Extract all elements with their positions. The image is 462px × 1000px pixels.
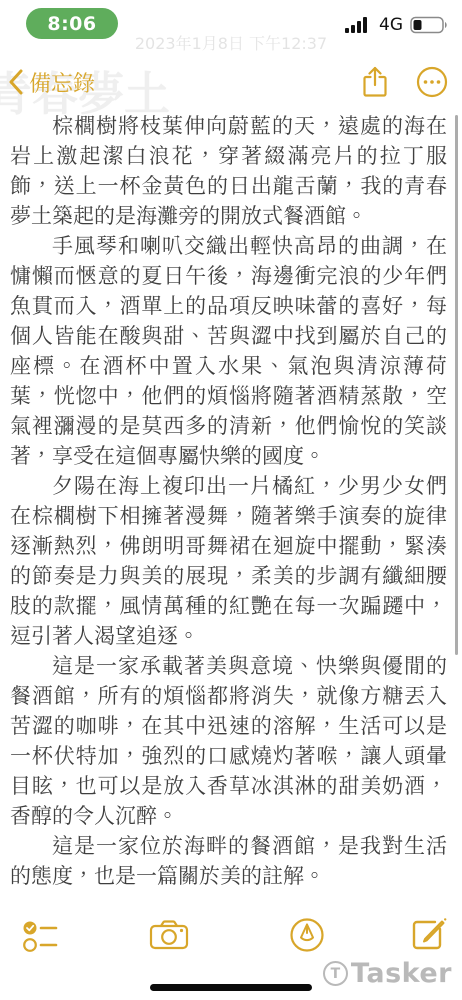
bottom-toolbar [0, 908, 462, 964]
compose-icon [410, 916, 448, 954]
note-paragraph: 棕櫚樹將枝葉伸向蔚藍的天，遠處的海在岩上激起潔白浪花，穿著綴滿亮片的拉丁服飾，送… [10, 111, 447, 231]
back-chevron-icon [8, 69, 23, 95]
notes-app-screen: 2023年1月8日 下午12:37 青春夢土 8:06 4G [0, 0, 462, 1000]
checklist-button[interactable] [22, 918, 62, 954]
checklist-icon [22, 918, 62, 954]
note-body-text[interactable]: 棕櫚樹將枝葉伸向蔚藍的天，遠處的海在岩上激起潔白浪花，穿著綴滿亮片的拉丁服飾，送… [10, 111, 447, 891]
watermark-logo-icon: T [323, 961, 348, 986]
watermark-brand: Tasker [351, 958, 452, 989]
more-options-button[interactable] [416, 66, 448, 98]
markup-button[interactable] [288, 916, 326, 954]
network-type-label: 4G [379, 15, 403, 35]
compose-button[interactable] [410, 916, 448, 954]
battery-low-icon [410, 15, 450, 35]
camera-button[interactable] [148, 918, 190, 952]
status-time-pill[interactable]: 8:06 [26, 8, 118, 39]
home-indicator[interactable] [150, 984, 312, 991]
scrollbar-thumb[interactable] [455, 115, 458, 655]
markup-pen-icon [288, 916, 326, 954]
note-paragraph: 夕陽在海上複印出一片橘紅，少男少女們在棕櫚樹下相擁著漫舞，隨著樂手演奏的旋律逐漸… [10, 471, 447, 651]
back-button-label: 備忘錄 [29, 67, 95, 98]
nav-bar: 備忘錄 [0, 54, 462, 110]
status-bar: 8:06 4G [0, 0, 462, 54]
cellular-signal-icon [345, 16, 372, 34]
watermark: T Tasker [323, 958, 452, 989]
note-paragraph: 手風琴和喇叭交織出輕快高昂的曲調，在慵懶而愜意的夏日午後，海邊衝完浪的少年們魚貫… [10, 231, 447, 471]
camera-icon [148, 918, 190, 952]
back-button[interactable]: 備忘錄 [8, 67, 95, 98]
share-icon [362, 66, 388, 98]
status-time: 8:06 [47, 13, 96, 35]
note-paragraph: 這是一家承載著美與意境、快樂與優閒的餐酒館，所有的煩惱都將消失，就像方糖丟入苦澀… [10, 651, 447, 831]
note-paragraph: 這是一家位於海畔的餐酒館，是我對生活的態度，也是一篇關於美的註解。 [10, 831, 447, 891]
share-button[interactable] [362, 66, 388, 98]
more-ellipsis-icon [416, 66, 448, 98]
